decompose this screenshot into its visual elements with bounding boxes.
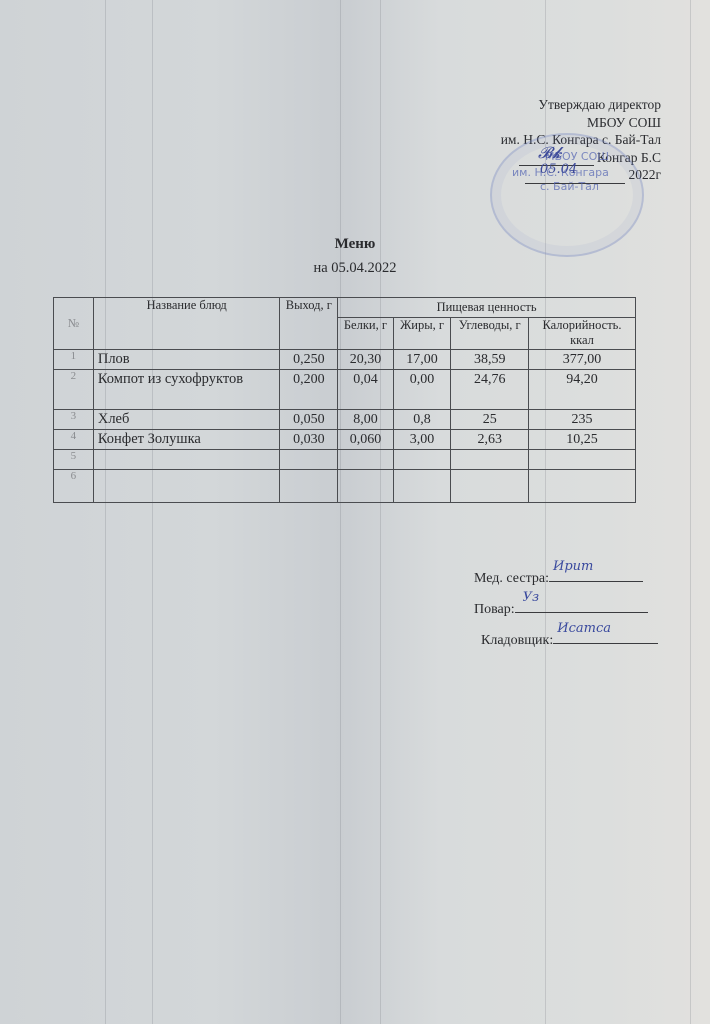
dish-yield xyxy=(280,450,338,470)
dish-protein: 8,00 xyxy=(338,410,394,430)
header-nutrition: Пищевая ценность xyxy=(338,298,636,318)
header-calories: Калорийность. ккал xyxy=(528,318,635,350)
dish-protein xyxy=(338,450,394,470)
dish-fat xyxy=(393,470,451,503)
dish-carbs: 24,76 xyxy=(451,370,529,410)
cook-signature: Уз xyxy=(523,582,540,613)
menu-table: № Название блюд Выход, г Пищевая ценност… xyxy=(53,297,636,503)
dish-yield xyxy=(280,470,338,503)
scan-streak xyxy=(380,0,381,1024)
header-carbs: Углеводы, г xyxy=(451,318,529,350)
dish-calories xyxy=(528,450,635,470)
row-num: 4 xyxy=(54,430,94,450)
dish-yield: 0,030 xyxy=(280,430,338,450)
header-yield: Выход, г xyxy=(280,298,338,350)
dish-carbs: 25 xyxy=(451,410,529,430)
signoff-label: Кладовщик: xyxy=(481,633,553,648)
scan-streak xyxy=(340,0,341,1024)
page-title: Меню xyxy=(0,236,710,253)
dish-fat: 0,8 xyxy=(393,410,451,430)
dish-calories xyxy=(528,470,635,503)
stamp-text: с. Бай-Тал xyxy=(540,180,599,193)
dish-fat: 0,00 xyxy=(393,370,451,410)
handwritten-date: 05.04 xyxy=(540,162,577,177)
header-num: № xyxy=(54,298,94,350)
dish-name xyxy=(93,470,280,503)
signoff-storekeeper: Кладовщик:Исатса xyxy=(481,625,658,656)
row-num: 3 xyxy=(54,410,94,430)
dish-name: Плов xyxy=(93,350,280,370)
table-row: 4 Конфет Золушка 0,030 0,060 3,00 2,63 1… xyxy=(54,430,636,450)
dish-fat: 17,00 xyxy=(393,350,451,370)
dish-yield: 0,250 xyxy=(280,350,338,370)
nurse-signature: Ирит xyxy=(553,551,593,582)
signature-line: Уз xyxy=(515,598,648,613)
dish-calories: 94,20 xyxy=(528,370,635,410)
dish-yield: 0,050 xyxy=(280,410,338,430)
dish-fat: 3,00 xyxy=(393,430,451,450)
dish-name: Компот из сухофруктов xyxy=(93,370,280,410)
signoff-nurse: Мед. сестра:Ирит xyxy=(474,563,651,594)
approval-line: МБОУ СОШ xyxy=(501,114,661,132)
dish-carbs: 2,63 xyxy=(451,430,529,450)
menu-date: на 05.04.2022 xyxy=(0,260,710,277)
dish-yield: 0,200 xyxy=(280,370,338,410)
dish-protein: 20,30 xyxy=(338,350,394,370)
row-num: 5 xyxy=(54,450,94,470)
dish-protein: 0,060 xyxy=(338,430,394,450)
storekeeper-signature: Исатса xyxy=(557,613,611,644)
dish-fat xyxy=(393,450,451,470)
dish-calories: 10,25 xyxy=(528,430,635,450)
dish-name: Хлеб xyxy=(93,410,280,430)
scan-streak xyxy=(690,0,691,1024)
dish-carbs xyxy=(451,470,529,503)
row-num: 2 xyxy=(54,370,94,410)
dish-name xyxy=(93,450,280,470)
scan-streak xyxy=(105,0,106,1024)
director-signature-icon: 𝓑𝓴 xyxy=(538,143,562,163)
table-row: 1 Плов 0,250 20,30 17,00 38,59 377,00 xyxy=(54,350,636,370)
signature-line: Исатса xyxy=(553,629,658,644)
row-num: 1 xyxy=(54,350,94,370)
dish-carbs: 38,59 xyxy=(451,350,529,370)
dish-name: Конфет Золушка xyxy=(93,430,280,450)
dish-calories: 235 xyxy=(528,410,635,430)
table-row: 6 xyxy=(54,470,636,503)
dish-carbs xyxy=(451,450,529,470)
dish-protein: 0,04 xyxy=(338,370,394,410)
signoff-block: Мед. сестра:Ирит Повар:Уз Кладовщик:Исат… xyxy=(474,563,651,656)
approval-line: Утверждаю директор xyxy=(501,96,661,114)
dish-protein xyxy=(338,470,394,503)
header-name: Название блюд xyxy=(93,298,280,350)
header-protein: Белки, г xyxy=(338,318,394,350)
dish-calories: 377,00 xyxy=(528,350,635,370)
row-num: 6 xyxy=(54,470,94,503)
signature-line: Ирит xyxy=(549,567,643,582)
header-fat: Жиры, г xyxy=(393,318,451,350)
table-row: 5 xyxy=(54,450,636,470)
scan-streak xyxy=(152,0,153,1024)
table-row: 3 Хлеб 0,050 8,00 0,8 25 235 xyxy=(54,410,636,430)
table-row: 2 Компот из сухофруктов 0,200 0,04 0,00 … xyxy=(54,370,636,410)
signoff-label: Повар: xyxy=(474,602,515,617)
